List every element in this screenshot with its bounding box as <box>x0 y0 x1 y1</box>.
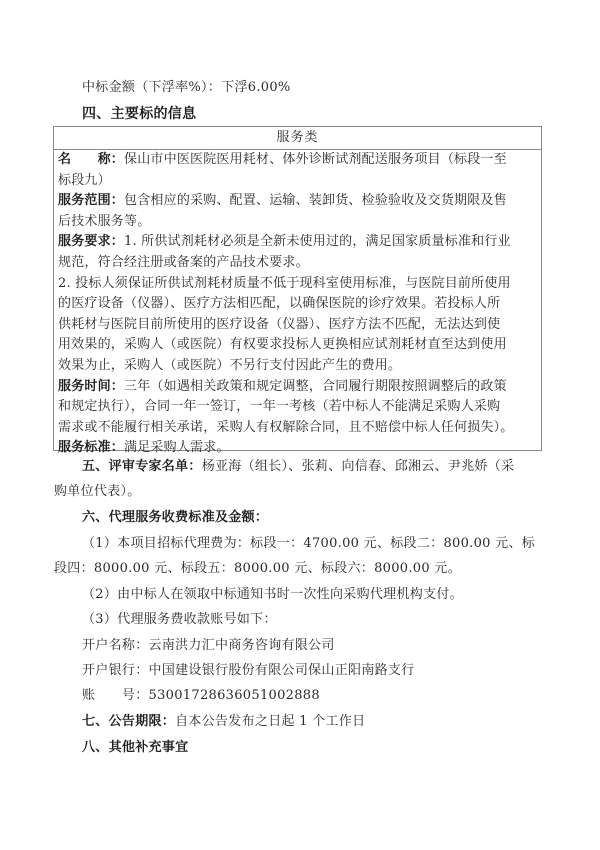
bank-value: 中国建设银行股份有限公司保山正阳南路支行 <box>149 663 415 678</box>
row-label-name: 名 称： <box>58 152 124 167</box>
table-header: 服务类 <box>54 127 541 150</box>
table-row-standard: 服务标准：满足采购人需求。 <box>58 438 537 459</box>
expert-list: 杨亚海（组长）、张莉、向信春、邱湘云、尹兆娇（采 <box>202 459 515 474</box>
row-label-time: 服务时间： <box>58 379 124 394</box>
row-text-continued: 2. 投标人须保证所供试剂耗材质量不低于现科室使用标准，与医院目前所使用 <box>58 274 537 295</box>
section6-heading: 六、代理服务收费标准及金额： <box>82 508 268 528</box>
section8-heading: 八、其他补充事宜 <box>82 738 188 758</box>
section7-line: 七、公告期限：自本公告发布之日起 1 个工作日 <box>82 712 365 732</box>
table-row-time: 服务时间：三年（如遇相关政策和规定调整，合同履行期限按照调整后的政策 <box>58 377 537 398</box>
row-label-requirements: 服务要求： <box>58 234 124 249</box>
row-text: 保山市中医医院医用耗材、体外诊断试剂配送服务项目（标段一至 <box>124 152 507 167</box>
account-name-value: 云南洪力汇中商务咨询有限公司 <box>149 638 335 653</box>
bank-label: 开户银行： <box>82 663 149 678</box>
section6-item1-line1: （1）本项目招标代理费为：标段一：4700.00 元、标段二：800.00 元、… <box>82 534 535 554</box>
section5-heading: 五、评审专家名单： <box>82 459 202 474</box>
row-text-continued: 需求或不能履行相关承诺，采购人有权解除合同，且不赔偿中标人任何损失）。 <box>58 418 537 439</box>
row-text: 包含相应的采购、配置、运输、装卸货、检验验收及交货期限及售 <box>124 193 507 208</box>
account-number-value: 53001728636051002888 <box>149 688 320 703</box>
row-text-continued: 供耗材与医院目前所使用的医疗设备（仪器）、医疗方法不匹配，无法达到使 <box>58 315 537 336</box>
section6-item2: （2）由中标人在领取中标通知书时一次性向采购代理机构支付。 <box>82 585 463 605</box>
row-text: 三年（如遇相关政策和规定调整，合同履行期限按照调整后的政策 <box>124 379 507 394</box>
account-name-label: 开户名称： <box>82 638 149 653</box>
section5-line2: 购单位代表）。 <box>54 482 141 502</box>
bid-amount-value: 下浮6.00% <box>221 80 290 95</box>
section6-item3: （3）代理服务费收款账号如下： <box>82 610 277 630</box>
row-text-continued: 规范，符合经注册或备案的产品技术要求。 <box>58 253 537 274</box>
row-text: 满足采购人需求。 <box>124 440 230 455</box>
row-text-continued: 和规定执行），合同一年一签订，一年一考核（若中标人不能满足采购人采购 <box>58 397 537 418</box>
row-label-standard: 服务标准： <box>58 440 124 455</box>
section7-heading: 七、公告期限： <box>82 714 175 729</box>
table-row-name: 名 称：保山市中医医院医用耗材、体外诊断试剂配送服务项目（标段一至 <box>58 150 537 171</box>
row-text-continued: 的医疗设备（仪器）、医疗方法相匹配，以确保医院的诊疗效果。若投标人所 <box>58 294 537 315</box>
account-number-label: 账 号： <box>82 688 149 703</box>
table-row-scope: 服务范围：包含相应的采购、配置、运输、装卸货、检验验收及交货期限及售 <box>58 191 537 212</box>
row-text-continued: 标段九） <box>58 171 537 192</box>
bank-line: 开户银行：中国建设银行股份有限公司保山正阳南路支行 <box>82 661 415 681</box>
bid-amount-label: 中标金额（下浮率%）： <box>82 80 221 95</box>
section4-heading: 四、主要标的信息 <box>82 104 196 124</box>
table-row-requirements: 服务要求：1. 所供试剂耗材必须是全新未使用过的，满足国家质量标准和行业 <box>58 232 537 253</box>
section5-line1: 五、评审专家名单：杨亚海（组长）、张莉、向信春、邱湘云、尹兆娇（采 <box>82 457 514 477</box>
row-text-continued: 效果为止，采购人（或医院）不另行支付因此产生的费用。 <box>58 356 537 377</box>
row-text-continued: 用效果的，采购人（或医院）有权要求投标人更换相应试剂耗材直至达到使用 <box>58 335 537 356</box>
document-page: 中标金额（下浮率%）：下浮6.00% 四、主要标的信息 服务类 名 称：保山市中… <box>0 0 600 850</box>
section7-text: 自本公告发布之日起 1 个工作日 <box>175 714 365 729</box>
bid-amount-line: 中标金额（下浮率%）：下浮6.00% <box>82 78 291 98</box>
account-number-line: 账 号：53001728636051002888 <box>82 686 320 706</box>
section6-item1-line2: 段四：8000.00 元、标段五：8000.00 元、标段六：8000.00 元… <box>54 559 461 579</box>
row-label-scope: 服务范围： <box>58 193 124 208</box>
row-text-continued: 后技术服务等。 <box>58 212 537 233</box>
main-subject-table: 服务类 名 称：保山市中医医院医用耗材、体外诊断试剂配送服务项目（标段一至 标段… <box>53 126 542 451</box>
account-name-line: 开户名称：云南洪力汇中商务咨询有限公司 <box>82 636 335 656</box>
row-text: 1. 所供试剂耗材必须是全新未使用过的，满足国家质量标准和行业 <box>124 234 511 249</box>
table-body: 名 称：保山市中医医院医用耗材、体外诊断试剂配送服务项目（标段一至 标段九） 服… <box>54 150 541 459</box>
